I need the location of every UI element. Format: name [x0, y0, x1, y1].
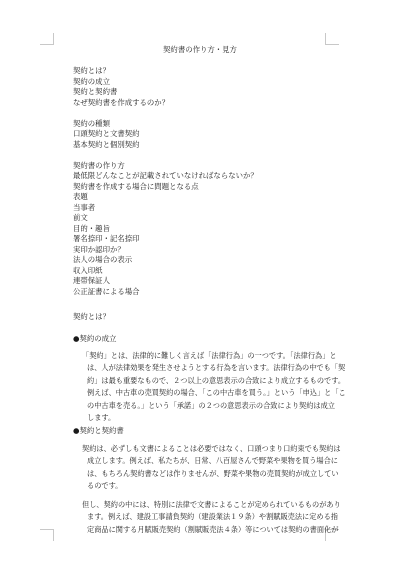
toc-item: 契約とは？	[73, 66, 258, 77]
toc-item: 公正証書による場合	[73, 287, 258, 298]
paragraph-line: ます。例えば、建設工事請負契約（建設業法１９条）や割賦販売法に定める指	[82, 511, 341, 523]
subsection-heading-formation: ●契約の成立	[73, 334, 116, 344]
toc-item: 法人の場合の表示	[73, 255, 258, 266]
document-title: 契約書の作り方・見方	[0, 45, 400, 55]
toc-item: 契約書の作り方	[73, 161, 258, 172]
toc-item: 前文	[73, 213, 258, 224]
crop-mark-top-left	[40, 33, 54, 45]
toc-item: 契約書を作成する場合に問題となる点	[73, 182, 258, 193]
toc-item: 当事者	[73, 203, 258, 214]
toc-item: 目的・趣旨	[73, 224, 258, 235]
paragraph-contract-formation: 「契約」とは、法律的に難しく言えば「法律行為」の一つです。「法律行為」と は、人…	[82, 350, 346, 424]
paragraph-oral-contract: 契約は、必ずしも文書によることは必要ではなく、口頭つまり口約束でも契約は 成立し…	[82, 443, 341, 493]
toc-item: 収入印紙	[73, 266, 258, 277]
paragraph-line: は、もちろん契約書などは作りませんが、野菜や果物の売買契約が成立してい	[82, 468, 341, 480]
toc-item: 表題	[73, 192, 258, 203]
paragraph-line: は、人が法律効果を発生させようとする行為を言います。法律行為の中でも「契	[82, 362, 346, 374]
toc-item: 署名捺印・記名捺印	[73, 234, 258, 245]
toc-item: 基本契約と個別契約	[73, 140, 258, 151]
paragraph-line: 成立します。例えば、私たちが、日常、八百屋さんで野菜や果物を買う場合に	[82, 455, 341, 467]
paragraph-line: 定商品に関する月賦販売契約（割賦販売法４条）等については契約の書面化が	[82, 524, 341, 536]
paragraph-line: 但し、契約の中には、特別に法律で文書によることが定められているものがあり	[82, 499, 341, 511]
toc-item: 最低限どんなことが記載されていなければならないか？	[73, 171, 258, 182]
subsection-heading-contract-document: ●契約と契約書	[73, 426, 124, 436]
paragraph-line: します。	[82, 412, 346, 424]
paragraph-line: 契約は、必ずしも文書によることは必要ではなく、口頭つまり口約束でも契約は	[82, 443, 341, 455]
paragraph-line: の中古車を売る。」という「承諾」の２つの意思表示の合致により契約は成立	[82, 400, 346, 412]
paragraph-line: 「契約」とは、法律的に難しく言えば「法律行為」の一つです。「法律行為」と	[82, 350, 346, 362]
paragraph-line: るのです。	[82, 480, 341, 492]
paragraph-line: 約」は最も重要なもので、２つ以上の意思表示の合致により成立するものです。	[82, 375, 346, 387]
toc-item: 契約と契約書	[73, 87, 258, 98]
toc-item: 連帯保証人	[73, 276, 258, 287]
crop-mark-top-right	[325, 33, 339, 45]
toc-item: 契約の成立	[73, 77, 258, 88]
paragraph-line: 例えば、中古車の売買契約の場合、「この中古車を買う。」という「申込」と「こ	[82, 387, 346, 399]
toc-item: 実印か認印か？	[73, 245, 258, 256]
spacer	[73, 150, 258, 161]
paragraph-written-requirement: 但し、契約の中には、特別に法律で文書によることが定められているものがあり ます。…	[82, 499, 341, 536]
table-of-contents: 契約とは？ 契約の成立 契約と契約書 なぜ契約書を作成するのか？ 契約の種類 口…	[73, 66, 258, 297]
toc-item: なぜ契約書を作成するのか？	[73, 98, 258, 109]
section-heading: 契約とは？	[73, 312, 110, 322]
spacer	[73, 108, 258, 119]
toc-item: 契約の種類	[73, 119, 258, 130]
crop-mark-bottom-left	[40, 529, 54, 541]
toc-item: 口頭契約と文書契約	[73, 129, 258, 140]
